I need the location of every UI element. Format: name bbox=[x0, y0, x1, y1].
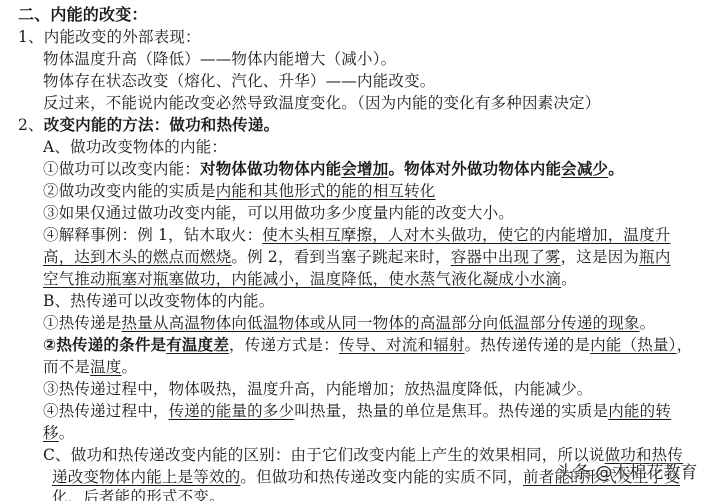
b-point-4-mid: 叫热量，热量的单位是焦耳。热传递的实质是 bbox=[294, 402, 608, 420]
a-point-4-l2-mid-2: ，这是因为 bbox=[561, 248, 640, 266]
b-point-4-l2-underline: 移 bbox=[43, 424, 59, 442]
c-line-1-prefix: C、做功和热传递改变内能的区别：由于它们改变内能上产生的效果相同，所以说 bbox=[43, 446, 605, 464]
section-title: 二、内能的改变： bbox=[18, 5, 148, 26]
a-point-1-bold-underline: 会增加 bbox=[341, 160, 388, 178]
b-point-2-l2-underline: 温度 bbox=[90, 358, 121, 376]
b-point-2-l2-prefix: 而不是 bbox=[43, 358, 90, 376]
a-point-3: ③如果仅通过做功改变内能，可以用做功多少度量内能的改变大小。 bbox=[43, 203, 514, 224]
b-point-2-bold-underline: 有温度差 bbox=[166, 336, 229, 354]
a-point-4-prefix: ④解释事例：例 1，钻木取火： bbox=[43, 226, 262, 244]
item2-heading: 2、改变内能的方法：做功和热传递。 bbox=[18, 115, 279, 136]
b-point-2-bold: ②热传递的条件是 bbox=[43, 336, 166, 354]
a-point-4-underline: 使木头相互摩擦，人对木头做功，使它的内能增加，温度升 bbox=[262, 226, 670, 244]
a-point-1-bold-2: 。物体对外做功物体内能 bbox=[388, 160, 561, 178]
a-point-2-prefix: ②做功改变内能的实质是 bbox=[43, 182, 216, 200]
a-point-4-line-2: 高，达到木头的燃点而燃烧。例 2，看到当塞子跳起来时，容器中出现了雾，这是因为瓶… bbox=[43, 247, 671, 268]
b-point-1-underline: 热量从高温物体向低温物体或从同一物体的高温部分向低温部分传递的现象 bbox=[122, 314, 640, 332]
b-point-4-prefix: ④热传递过程中， bbox=[43, 402, 169, 420]
b-point-3: ③热传递过程中，物体吸热，温度升高，内能增加；放热温度降低，内能减少。 bbox=[43, 379, 593, 400]
item1-line-1: 物体温度升高（降低）——物体内能增大（减小）。 bbox=[43, 49, 396, 70]
b-point-2-underline-2: 内能（热量） bbox=[590, 336, 676, 354]
a-point-1-bold: 对物体做功物体内能 bbox=[200, 160, 341, 178]
item1-line-2: 物体存在状态改变（熔化、汽化、升华）——内能改变。 bbox=[43, 71, 436, 92]
b-point-2-underline: 传导、对流和辐射 bbox=[339, 336, 465, 354]
b-point-4-underline-2: 内能的转 bbox=[608, 402, 671, 420]
b-point-1: ①热传递是热量从高温物体向低温物体或从同一物体的高温部分向低温部分传递的现象。 bbox=[43, 313, 655, 334]
a-point-1-prefix: ①做功可以改变内能： bbox=[43, 160, 200, 178]
a-point-4-l2-mid: 。例 2，看到当塞子跳起来时， bbox=[231, 248, 450, 266]
a-point-4-l3-end: 。 bbox=[561, 270, 577, 288]
a-point-2: ②做功改变内能的实质是内能和其他形式的能的相互转化 bbox=[43, 181, 436, 202]
item1-label: 1、内能改变的外部表现： bbox=[18, 27, 201, 48]
b-point-2-end: ， bbox=[677, 336, 693, 354]
b-point-4-l2-end: 。 bbox=[59, 424, 75, 442]
a-point-1-end: 。 bbox=[608, 160, 624, 178]
a-point-4-l2-underline-2: 容器中出现了雾 bbox=[451, 248, 561, 266]
b-point-2-line-1: ②热传递的条件是有温度差，传递方式是：传导、对流和辐射。热传递传递的是内能（热量… bbox=[43, 335, 692, 356]
a-point-4-l3-underline: 空气推动瓶塞对瓶塞做功，内能减小，温度降低，使水蒸气液化凝成小水滴 bbox=[43, 270, 561, 288]
item2-number: 2、 bbox=[18, 116, 44, 134]
b-point-1-end: 。 bbox=[640, 314, 656, 332]
b-point-4-line-2: 移。 bbox=[43, 423, 74, 444]
a-point-1-bold-underline-2: 会减少 bbox=[561, 160, 608, 178]
b-point-2-mid: ，传递方式是： bbox=[229, 336, 339, 354]
subsection-a-title: A、做功改变物体的内能： bbox=[43, 137, 227, 158]
c-line-2-mid: 。但做功和热传递改变内能的实质不同， bbox=[240, 468, 523, 486]
c-line-3-underline: 化，后者能的形式不变。 bbox=[52, 488, 225, 501]
a-point-1: ①做功可以改变内能：对物体做功物体内能会增加。物体对外做功物体内能会减少。 bbox=[43, 159, 624, 180]
item1-line-3: 反过来，不能说内能改变必然导致温度变化。（因为内能的变化有多种因素决定） bbox=[43, 93, 600, 114]
item2-label: 改变内能的方法：做功和热传递。 bbox=[44, 116, 280, 134]
a-point-4-l2-underline: 高，达到木头的燃点而燃烧 bbox=[43, 248, 231, 266]
b-point-4-line-1: ④热传递过程中，传递的能量的多少叫热量，热量的单位是焦耳。热传递的实质是内能的转 bbox=[43, 401, 671, 422]
a-point-4-l2-underline-3: 瓶内 bbox=[639, 248, 670, 266]
c-line-2-underline: 递改变物体内能上是等效的 bbox=[52, 468, 240, 486]
a-point-4-line-1: ④解释事例：例 1，钻木取火：使木头相互摩擦，人对木头做功，使它的内能增加，温度… bbox=[43, 225, 671, 246]
watermark: 头条 @木棉花教育 bbox=[556, 458, 697, 483]
a-point-2-underline: 内能和其他形式的能的相互转化 bbox=[216, 182, 436, 200]
b-point-2-mid-2: 。热传递传递的是 bbox=[465, 336, 591, 354]
a-point-4-line-3: 空气推动瓶塞对瓶塞做功，内能减小，温度降低，使水蒸气液化凝成小水滴。 bbox=[43, 269, 577, 290]
b-point-2-l2-end: 。 bbox=[122, 358, 138, 376]
b-point-4-underline: 传递的能量的多少 bbox=[169, 402, 295, 420]
b-point-1-prefix: ①热传递是 bbox=[43, 314, 122, 332]
c-line-3: 化，后者能的形式不变。 bbox=[52, 487, 225, 501]
b-point-2-line-2: 而不是温度。 bbox=[43, 357, 137, 378]
subsection-b-title: B、热传递可以改变物体的内能。 bbox=[43, 291, 274, 312]
